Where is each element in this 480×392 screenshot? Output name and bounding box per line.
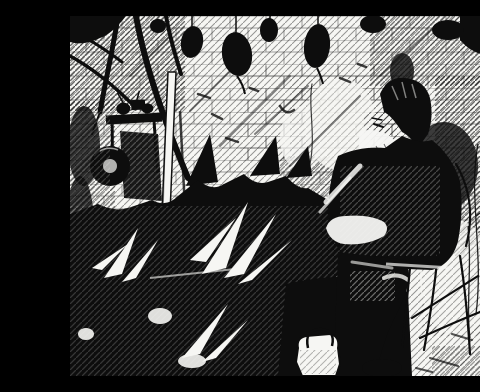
- white-jug: [296, 329, 340, 376]
- video-frame: High-contrast black-and-white pen-sketch…: [40, 16, 480, 376]
- pillarbox-bar-left: [40, 16, 70, 376]
- sketch-image: monochrome sketch-style video frame: [40, 16, 480, 376]
